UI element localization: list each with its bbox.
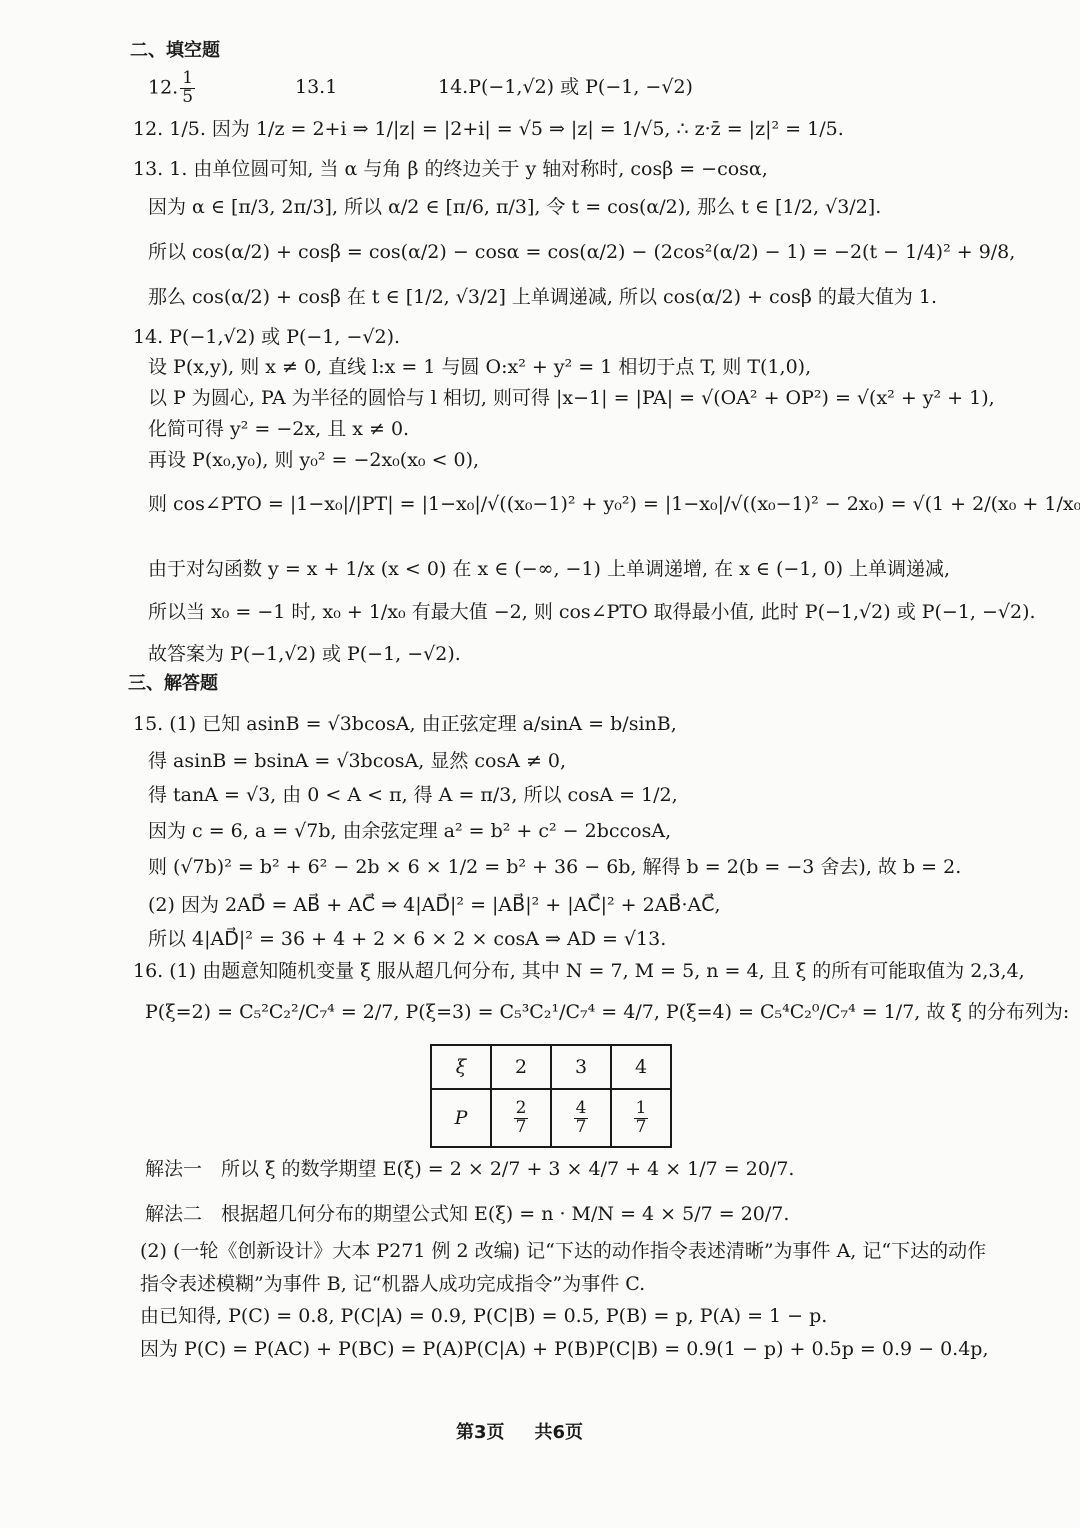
solution-15-line2: 得 asinB = bsinA = √3bcosA, 显然 cosA ≠ 0,	[148, 752, 566, 771]
solution-14-line8: 所以当 x₀ = −1 时, x₀ + 1/x₀ 有最大值 −2, 则 cos∠…	[148, 603, 1036, 622]
table-cell: 47	[551, 1089, 611, 1147]
solution-15-line3: 得 tanA = √3, 由 0 < A < π, 得 A = π/3, 所以 …	[148, 786, 678, 805]
solution-16-part2-line4: 因为 P(C) = P(AC) + P(BC) = P(A)P(C|A) + P…	[140, 1340, 989, 1359]
solution-14-line6: 则 cos∠PTO = |1−x₀|/|PT| = |1−x₀|/√((x₀−1…	[148, 495, 1080, 514]
answer-13: 13.1	[295, 78, 337, 97]
table-cell: 2	[491, 1045, 551, 1089]
table-row-header: ξ 2 3 4	[431, 1045, 671, 1089]
solution-16-line1: 16. (1) 由题意知随机变量 ξ 服从超几何分布, 其中 N = 7, M …	[133, 962, 1025, 981]
table-cell: 3	[551, 1045, 611, 1089]
solution-13-line4: 那么 cos(α/2) + cosβ 在 t ∈ [1/2, √3/2] 上单调…	[148, 288, 937, 307]
answer-14: 14.P(−1,√2) 或 P(−1, −√2)	[438, 78, 693, 97]
solution-14-line2: 设 P(x,y), 则 x ≠ 0, 直线 l:x = 1 与圆 O:x² + …	[148, 358, 811, 377]
section-heading-solutions: 三、解答题	[128, 675, 218, 693]
distribution-table: ξ 2 3 4 P 27 47 17	[430, 1044, 672, 1148]
solution-16-method1: 解法一 所以 ξ 的数学期望 E(ξ) = 2 × 2/7 + 3 × 4/7 …	[145, 1160, 794, 1179]
page-footer: 第3页共6页	[456, 1418, 613, 1444]
solution-13-line1: 13. 1. 由单位圆可知, 当 α 与角 β 的终边关于 y 轴对称时, co…	[133, 160, 768, 179]
solution-14-line9: 故答案为 P(−1,√2) 或 P(−1, −√2).	[148, 645, 461, 664]
solution-14-line1: 14. P(−1,√2) 或 P(−1, −√2).	[133, 328, 400, 347]
solution-14-line5: 再设 P(x₀,y₀), 则 y₀² = −2x₀(x₀ < 0),	[148, 451, 479, 470]
solution-16-part2-line2: 指令表述模糊”为事件 B, 记“机器人成功完成指令”为事件 C.	[140, 1275, 645, 1294]
table-cell: 17	[611, 1089, 671, 1147]
solution-14-line7: 由于对勾函数 y = x + 1/x (x < 0) 在 x ∈ (−∞, −1…	[148, 560, 950, 579]
answers-summary: 12.15	[148, 70, 197, 107]
solution-13-line2: 因为 α ∈ [π/3, 2π/3], 所以 α/2 ∈ [π/6, π/3],…	[148, 198, 881, 217]
solution-15-line1: 15. (1) 已知 asinB = √3bcosA, 由正弦定理 a/sinA…	[133, 715, 677, 734]
solution-15-line5: 则 (√7b)² = b² + 6² − 2b × 6 × 1/2 = b² +…	[148, 858, 961, 877]
solution-15-line7: 所以 4|AD⃗|² = 36 + 4 + 2 × 6 × 2 × cosA ⇒…	[148, 930, 666, 949]
solution-15-line6: (2) 因为 2AD⃗ = AB⃗ + AC⃗ ⇒ 4|AD⃗|² = |AB⃗…	[148, 896, 721, 915]
table-cell: 27	[491, 1089, 551, 1147]
page-total: 共6页	[535, 1422, 584, 1443]
solution-14-line3: 以 P 为圆心, PA 为半径的圆恰与 l 相切, 则可得 |x−1| = |P…	[148, 389, 995, 408]
solution-12: 12. 1/5. 因为 1/z = 2+i ⇒ 1/|z| = |2+i| = …	[133, 120, 844, 139]
page-number: 第3页	[456, 1422, 505, 1443]
solution-16-method2: 解法二 根据超几何分布的期望公式知 E(ξ) = n · M/N = 4 × 5…	[145, 1205, 789, 1224]
answer-12-fraction: 15	[180, 70, 195, 107]
solution-16-part2-line1: (2) (一轮《创新设计》大本 P271 例 2 改编) 记“下达的动作指令表述…	[140, 1242, 986, 1261]
solution-13-line3: 所以 cos(α/2) + cosβ = cos(α/2) − cosα = c…	[148, 243, 1015, 262]
table-cell: 4	[611, 1045, 671, 1089]
table-cell: ξ	[431, 1045, 491, 1089]
table-row-probability: P 27 47 17	[431, 1089, 671, 1147]
solution-15-line4: 因为 c = 6, a = √7b, 由余弦定理 a² = b² + c² − …	[148, 822, 671, 841]
answer-12-label: 12.	[148, 76, 178, 98]
solution-14-line4: 化简可得 y² = −2x, 且 x ≠ 0.	[148, 420, 409, 439]
solution-16-line2: P(ξ=2) = C₅²C₂²/C₇⁴ = 2/7, P(ξ=3) = C₅³C…	[145, 1003, 1069, 1022]
solution-16-part2-line3: 由已知得, P(C) = 0.8, P(C|A) = 0.9, P(C|B) =…	[140, 1307, 827, 1326]
section-heading-fill-blank: 二、填空题	[130, 42, 220, 60]
table-cell: P	[431, 1089, 491, 1147]
